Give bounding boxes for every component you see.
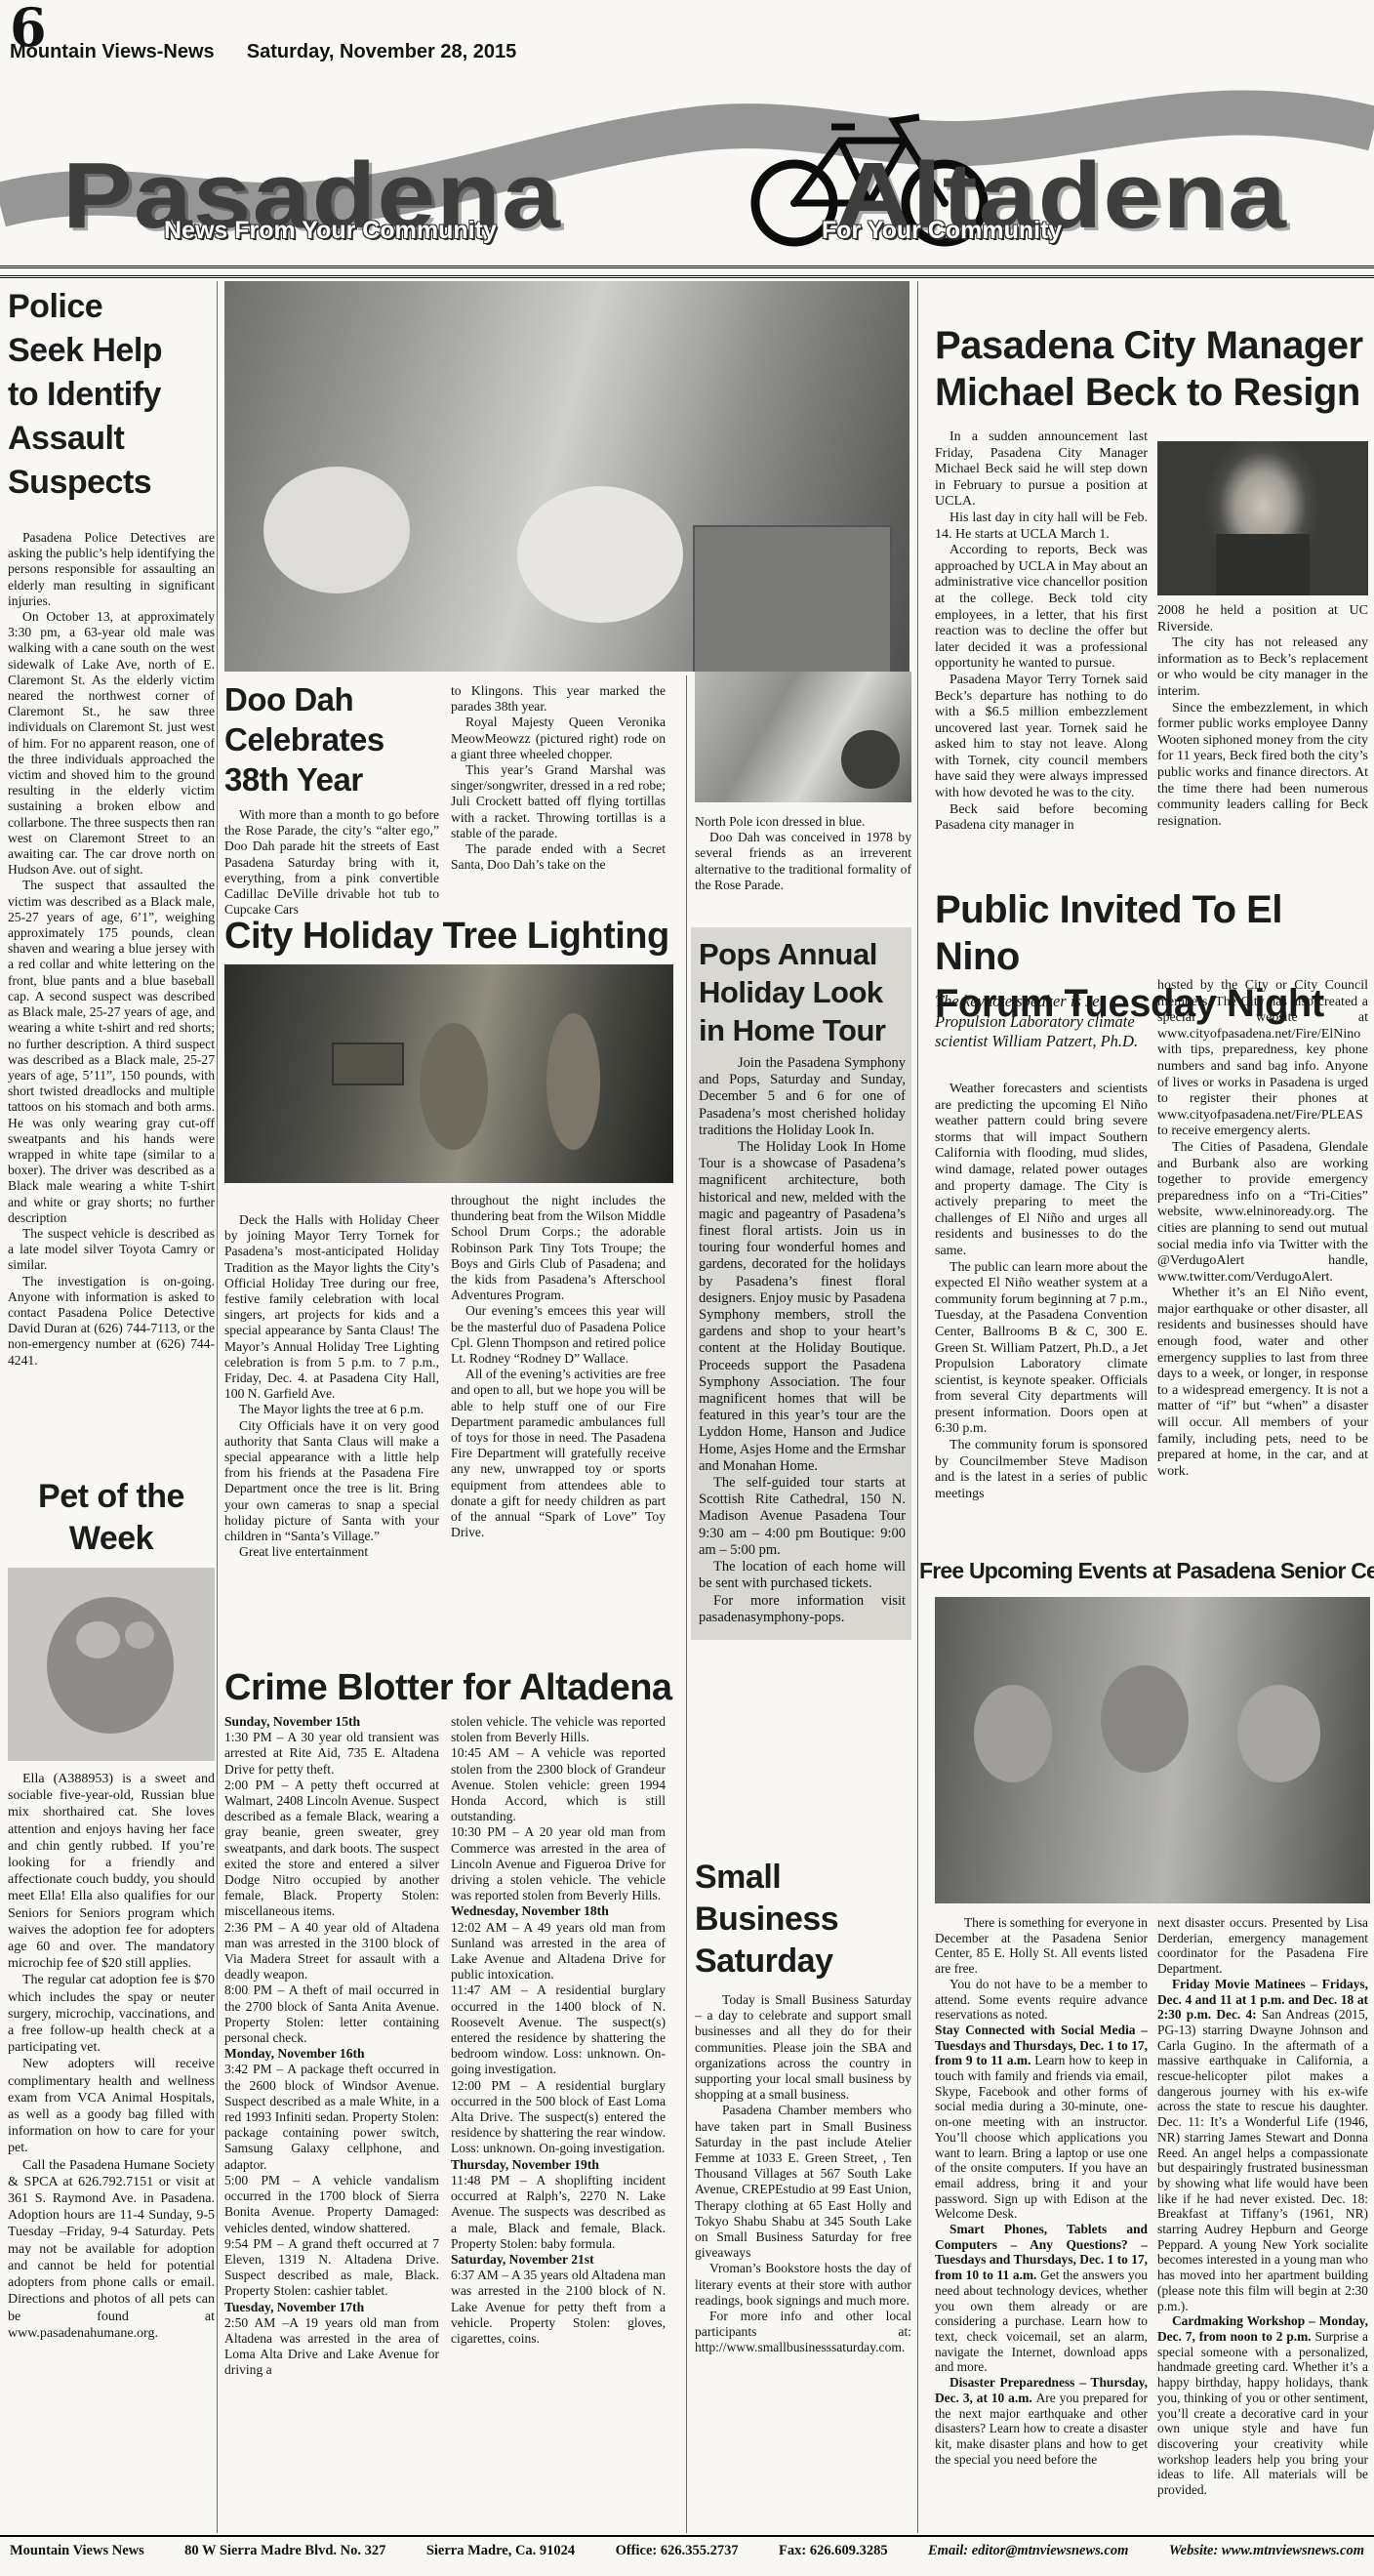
article-pet-of-week: Pet of theWeek Ella (A388953) is a sweet…: [8, 1476, 215, 2342]
footer-office-phone: Office: 626.355.2737: [616, 2543, 739, 2559]
parade-cupcake-photo: [224, 281, 909, 672]
footer-email: Email: editor@mtnviewsnews.com: [928, 2543, 1128, 2559]
article-pops: Pops AnnualHoliday Lookin Home Tour Join…: [691, 927, 911, 1640]
footer-paper: Mountain Views News: [10, 2543, 144, 2559]
beck-col2: 2008 he held a position at UC Riverside.…: [1157, 603, 1368, 830]
footer-website: Website: www.mtnviewsnews.com: [1169, 2543, 1364, 2559]
doodah-headline: Doo DahCelebrates38th Year: [224, 679, 439, 799]
article-doodah: Doo DahCelebrates38th Year With more tha…: [224, 679, 439, 918]
seniors-group-photo: [935, 1597, 1370, 1903]
senior-col2: next disaster occurs. Presented by Lisa …: [1157, 1915, 1368, 2498]
crime-blotter-headline: Crime Blotter for Altadena: [224, 1665, 673, 1710]
beck-col1: In a sudden announcement last Friday, Pa…: [935, 429, 1148, 835]
pet-headline: Pet of theWeek: [8, 1476, 215, 1560]
police-headline: PoliceSeek Help to IdentifyAssault Suspe…: [8, 285, 215, 505]
footer-city: Sierra Madre, Ca. 91024: [426, 2543, 575, 2559]
smallbiz-headline: SmallBusinessSaturday: [695, 1857, 911, 1983]
column-divider: [686, 675, 687, 2533]
column-divider: [217, 281, 218, 2533]
article-small-business: SmallBusinessSaturday Today is Small Bus…: [695, 1857, 911, 2356]
beck-headline: Pasadena City ManagerMichael Beck to Res…: [935, 322, 1374, 416]
column-divider: [917, 281, 918, 2533]
footer-fax: Fax: 626.609.3285: [779, 2543, 888, 2559]
santa-village-photo: [224, 964, 673, 1183]
article-doodah-continued: to Klingons. This year marked the parade…: [451, 683, 666, 873]
tree-lighting-col2: throughout the night includes the thunde…: [451, 1193, 666, 1540]
cat-photo: [8, 1568, 215, 1761]
masthead: Pasadena Altadena News From Your Communi…: [0, 57, 1374, 264]
chopper-photo: [695, 672, 911, 802]
parade-inset-photo: [693, 525, 892, 672]
footer-address: 80 W Sierra Madre Blvd. No. 327: [184, 2543, 385, 2559]
masthead-tagline-left: News From Your Community: [164, 217, 497, 245]
senior-col1: There is something for everyone in Decem…: [935, 1915, 1148, 2467]
crime-blotter-col1: Sunday, November 15th 1:30 PM – A 30 yea…: [224, 1714, 439, 2379]
footer-bar: Mountain Views News 80 W Sierra Madre Bl…: [0, 2535, 1374, 2559]
masthead-rule: [0, 266, 1374, 278]
police-body: Pasadena Police Detectives are asking th…: [8, 530, 215, 1369]
crime-blotter-col2: stolen vehicle. The vehicle was reported…: [451, 1714, 666, 2347]
elnino-col2: hosted by the City or City Council membe…: [1157, 978, 1368, 1480]
elnino-col1: Weather forecasters and scientists are p…: [935, 1082, 1148, 1502]
beck-portrait-photo: [1157, 441, 1368, 595]
pet-body: Ella (A388953) is a sweet and sociable f…: [8, 1771, 215, 2342]
senior-headline: Free Upcoming Events at Pasadena Senior …: [919, 1556, 1374, 1585]
pops-headline: Pops AnnualHoliday Lookin Home Tour: [699, 935, 906, 1049]
newspaper-page: 6 Mountain Views-News Saturday, November…: [0, 0, 1374, 2576]
tree-lighting-headline: City Holiday Tree Lighting: [224, 914, 673, 959]
elnino-intro: The keynote speaker is Jet Propulsion La…: [935, 992, 1148, 1052]
tree-lighting-col1: Deck the Halls with Holiday Cheer by joi…: [224, 1212, 439, 1560]
masthead-tagline-right: For Your Community: [822, 217, 1062, 245]
article-doodah-caption: North Pole icon dressed in blue. Doo Dah…: [695, 814, 911, 893]
article-police: PoliceSeek Help to IdentifyAssault Suspe…: [8, 285, 215, 1369]
